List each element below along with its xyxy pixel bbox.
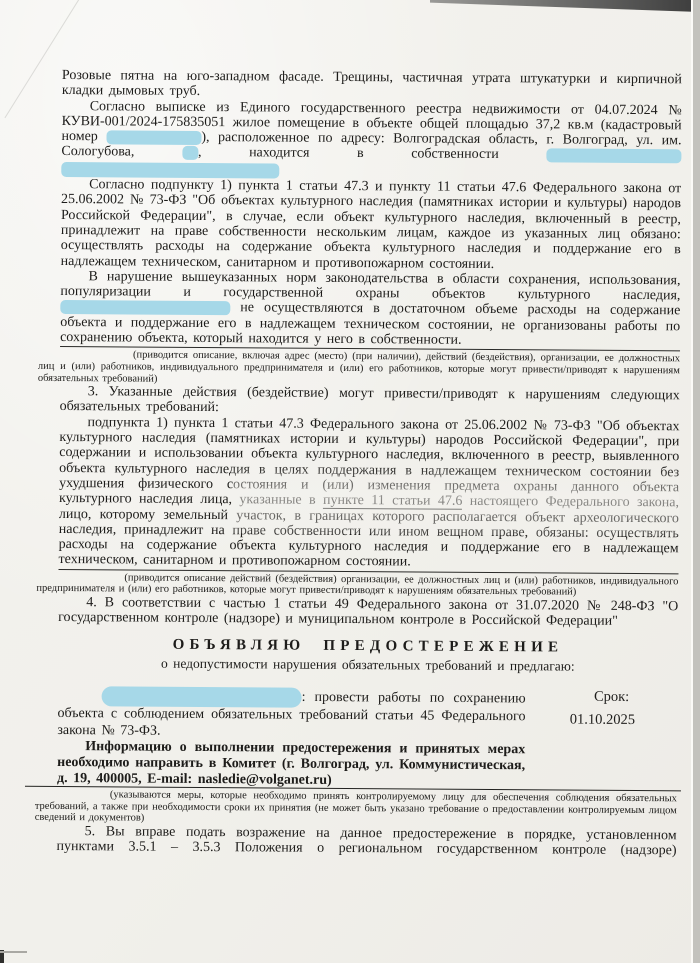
paragraph-item5-objection-right: 5. Вы вправе подать возражение на данное… (57, 824, 677, 859)
redaction-box-addressee (102, 686, 302, 707)
order-left-column: : провести работы по сохранению объекта … (57, 686, 526, 790)
warning-subheading: о недопустимости нарушения обязательных … (58, 655, 678, 675)
redaction-box-owner-name (546, 149, 681, 164)
document-content: Розовые пятна на юго-западном фасаде. Тр… (57, 68, 682, 859)
deadline-date: 01.10.2025 (537, 713, 667, 729)
egrn-text-ownership: , находится в собственности (198, 145, 499, 162)
deadline-label: Срок: (538, 689, 668, 705)
paragraph-item3-intro: 3. Указанные действия (бездействие) могу… (60, 384, 680, 419)
scanner-edge-right (691, 0, 700, 963)
paragraph-egrn-extract: Согласно выписке из Единого государствен… (61, 99, 682, 182)
paragraph-violation-statement: В нарушение вышеуказанных норм законодат… (60, 269, 681, 352)
redaction-box-house-number (182, 146, 198, 160)
paragraph-item4-law-248fz: 4. В соответствии с частью 1 статьи 49 Ф… (58, 595, 678, 630)
scanned-document: Розовые пятна на юго-западном фасаде. Тр… (0, 0, 700, 963)
underlined-law-reference: пункте 11 статьи 47.6 (323, 493, 463, 510)
redaction-box-violator-name (60, 300, 230, 315)
footnote-measures-required: (указываются меры, которые необходимо пр… (35, 787, 677, 828)
order-section: : провести работы по сохранению объекта … (57, 686, 678, 791)
paragraph-report-instructions: Информацию о выполнении предостережения … (57, 739, 525, 790)
paragraph-facade-defects: Розовые пятна на юго-западном фасаде. Тр… (62, 68, 682, 103)
paragraph-prescribed-works: : провести работы по сохранению объекта … (57, 686, 525, 742)
deadline-block: Срок: 01.10.2025 (537, 689, 668, 791)
scanner-corner-mark (0, 949, 30, 963)
redaction-box-cadastral-number (106, 130, 201, 145)
redaction-box-owner-line (61, 162, 279, 179)
paragraph-law-73fz-duties: Согласно подпункту 1) пункта 1 статьи 47… (61, 177, 682, 273)
footnote-description-of-actions: (приводится описание, включая адрес (мес… (38, 347, 680, 388)
warning-heading: ОБЪЯВЛЯЮ ПРЕДОСТЕРЕЖЕНИЕ (58, 637, 678, 657)
violation-text-start: В нарушение вышеуказанных норм законодат… (60, 269, 680, 303)
paragraph-violated-requirements-detail: подпункта 1) пункта 1 статьи 47.3 Федера… (58, 415, 679, 574)
